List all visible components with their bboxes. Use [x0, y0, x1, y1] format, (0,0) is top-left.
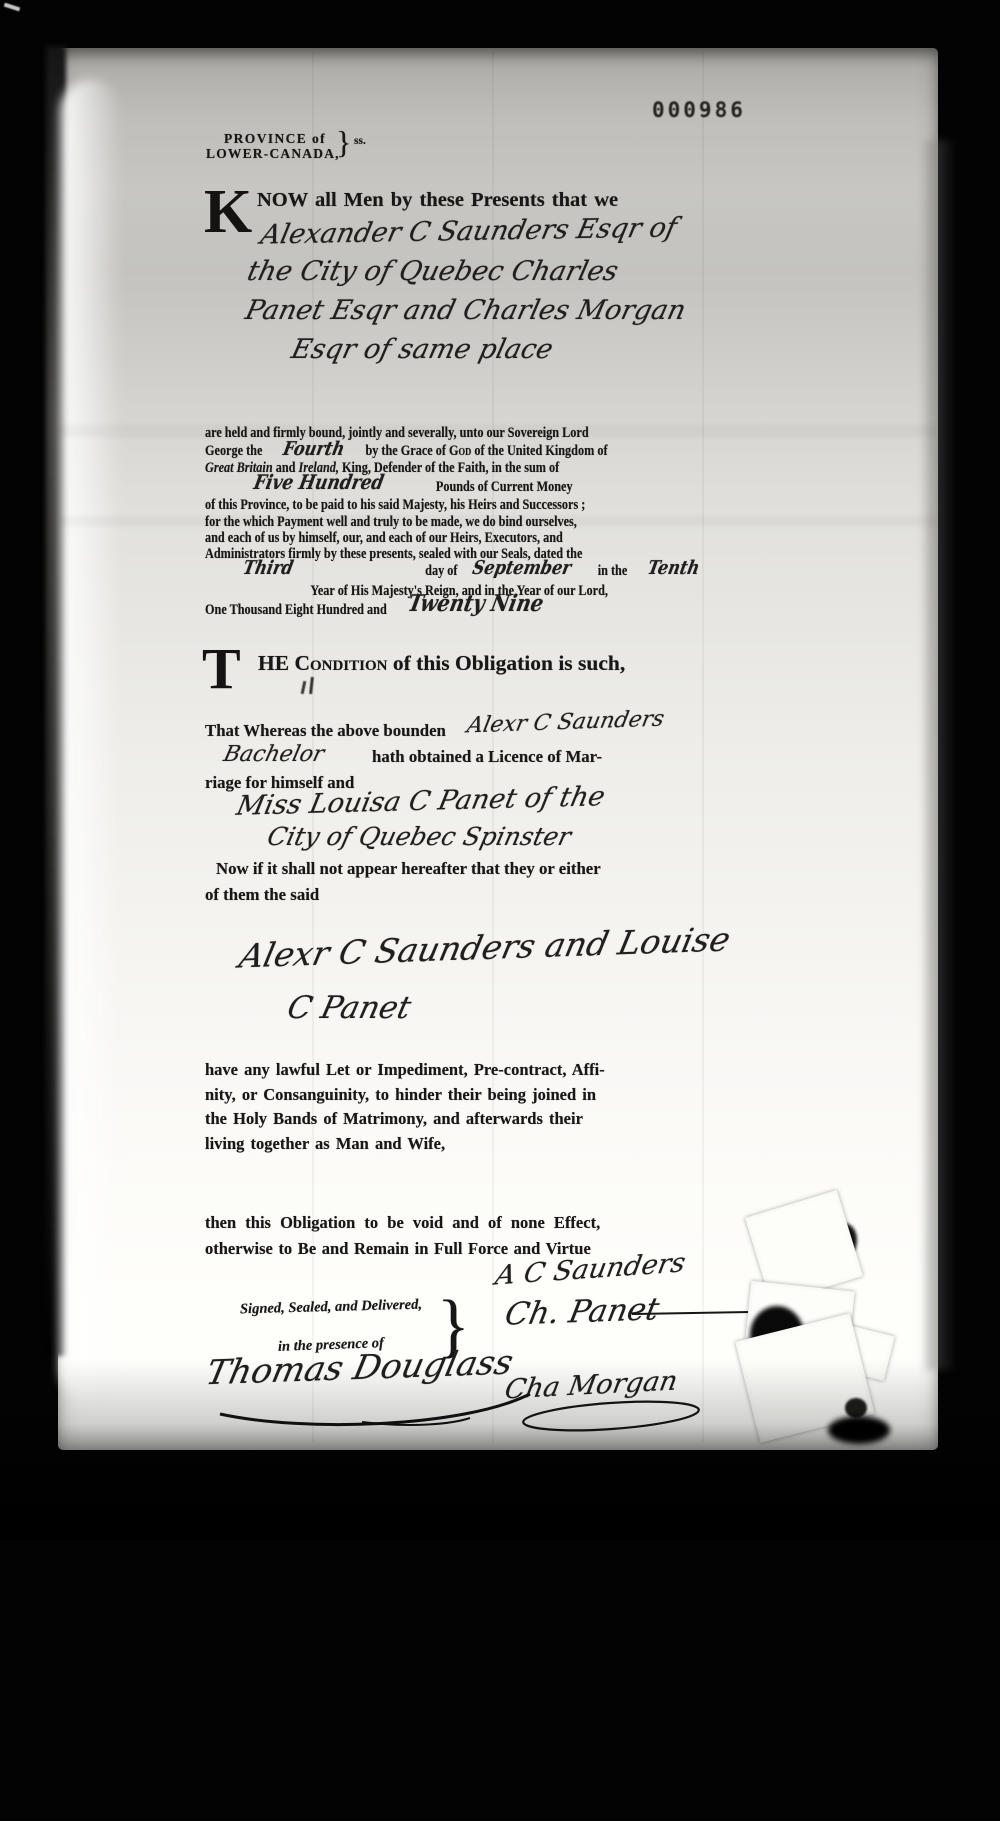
void-clause: then this Obligation to be void and of n…: [205, 1210, 600, 1261]
scan-speck: [4, 3, 20, 12]
opening-line: NOW all Men by these Presents that we: [257, 189, 618, 212]
ss-abbreviation: ss.: [354, 135, 366, 147]
whereas-line2: hath obtained a Licence of Mar-: [372, 747, 602, 767]
void-line: then this Obligation to be void and of n…: [205, 1210, 600, 1236]
proviso-line2: of them the said: [205, 885, 319, 905]
scan-bottom-fade: [0, 1360, 1000, 1540]
handwritten-obligor-line: Esqr of same place: [288, 334, 556, 365]
impediment-line: nity, or Consanguinity, to hinder their …: [205, 1083, 605, 1108]
bond-line: of this Province, to be paid to his said…: [205, 497, 671, 513]
impediment-line: have any lawful Let or Impediment, Pre-c…: [205, 1058, 605, 1083]
left-edge-glow: [60, 80, 122, 1400]
fold-line: [702, 52, 704, 1442]
handwritten-month: September: [471, 560, 572, 576]
scanned-document-page: 000986 PROVINCE of LOWER-CANADA, } ss. K…: [0, 0, 1000, 1821]
handwritten-day: Third: [242, 560, 295, 576]
bond-text: by the Grace of: [365, 443, 449, 459]
proviso-line1: Now if it shall not appear hereafter tha…: [216, 859, 601, 879]
handwritten-couple-names: C Panet: [284, 990, 415, 1026]
bond-line: for the which Payment well and truly to …: [205, 514, 671, 530]
handwritten-bride-line: City of Quebec Spinster: [265, 822, 574, 851]
condition-heading-smallcaps: Condition: [294, 651, 387, 675]
handwritten-obligor-line: the City of Quebec Charles: [244, 256, 621, 287]
impediment-line: the Holy Bands of Matrimony, and afterwa…: [205, 1107, 605, 1132]
bond-text: day of: [425, 563, 457, 579]
right-edge-shading: [926, 140, 956, 1370]
document-number-stamp: 000986: [652, 98, 746, 122]
bond-line: are held and firmly bound, jointly and s…: [205, 425, 671, 441]
dropcap-t: T: [202, 643, 241, 695]
bond-line: and each of us by himself, our, and each…: [205, 530, 671, 546]
handwritten-year: Twenty Nine: [407, 596, 545, 612]
bond-text: One Thousand Eight Hundred and: [205, 602, 387, 618]
condition-heading: HE Condition of this Obligation is such,: [258, 651, 625, 676]
handwritten-groom-status: Bachelor: [221, 742, 326, 767]
whereas-line1: That Whereas the above bounden: [205, 721, 446, 741]
handwritten-sum: Five Hundred: [203, 474, 434, 490]
header-brace: }: [336, 124, 351, 161]
bond-text: George the: [205, 443, 262, 459]
bond-line: One Thousand Eight Hundred and Twenty Ni…: [205, 599, 671, 623]
impediment-paragraph: have any lawful Let or Impediment, Pre-c…: [205, 1058, 605, 1156]
bond-text: in the: [598, 563, 628, 579]
condition-heading-text: HE: [258, 651, 294, 675]
handwritten-regnal-name: Fourth: [266, 441, 363, 457]
dropcap-k: K: [204, 184, 252, 240]
bond-line: Five Hundred Pounds of Current Money: [205, 476, 671, 497]
bond-date-line: Third day of September in the Tenth: [205, 563, 671, 583]
province-line2: LOWER-CANADA,: [206, 146, 340, 162]
bond-text: of the United Kingdom of: [471, 443, 607, 459]
bond-text-god: God: [449, 443, 471, 459]
bond-line: George the Fourth by the Grace of God of…: [205, 441, 671, 459]
impediment-line: living together as Man and Wife,: [205, 1132, 605, 1157]
bond-paragraph: are held and firmly bound, jointly and s…: [205, 425, 671, 623]
province-line1: PROVINCE of: [224, 131, 326, 147]
condition-heading-text: of this Obligation is such,: [388, 651, 626, 675]
handwritten-obligor-line: Panet Esqr and Charles Morgan: [242, 295, 688, 326]
bond-text: Pounds of Current Money: [436, 479, 573, 495]
handwritten-regnal-year: Tenth: [646, 560, 701, 576]
